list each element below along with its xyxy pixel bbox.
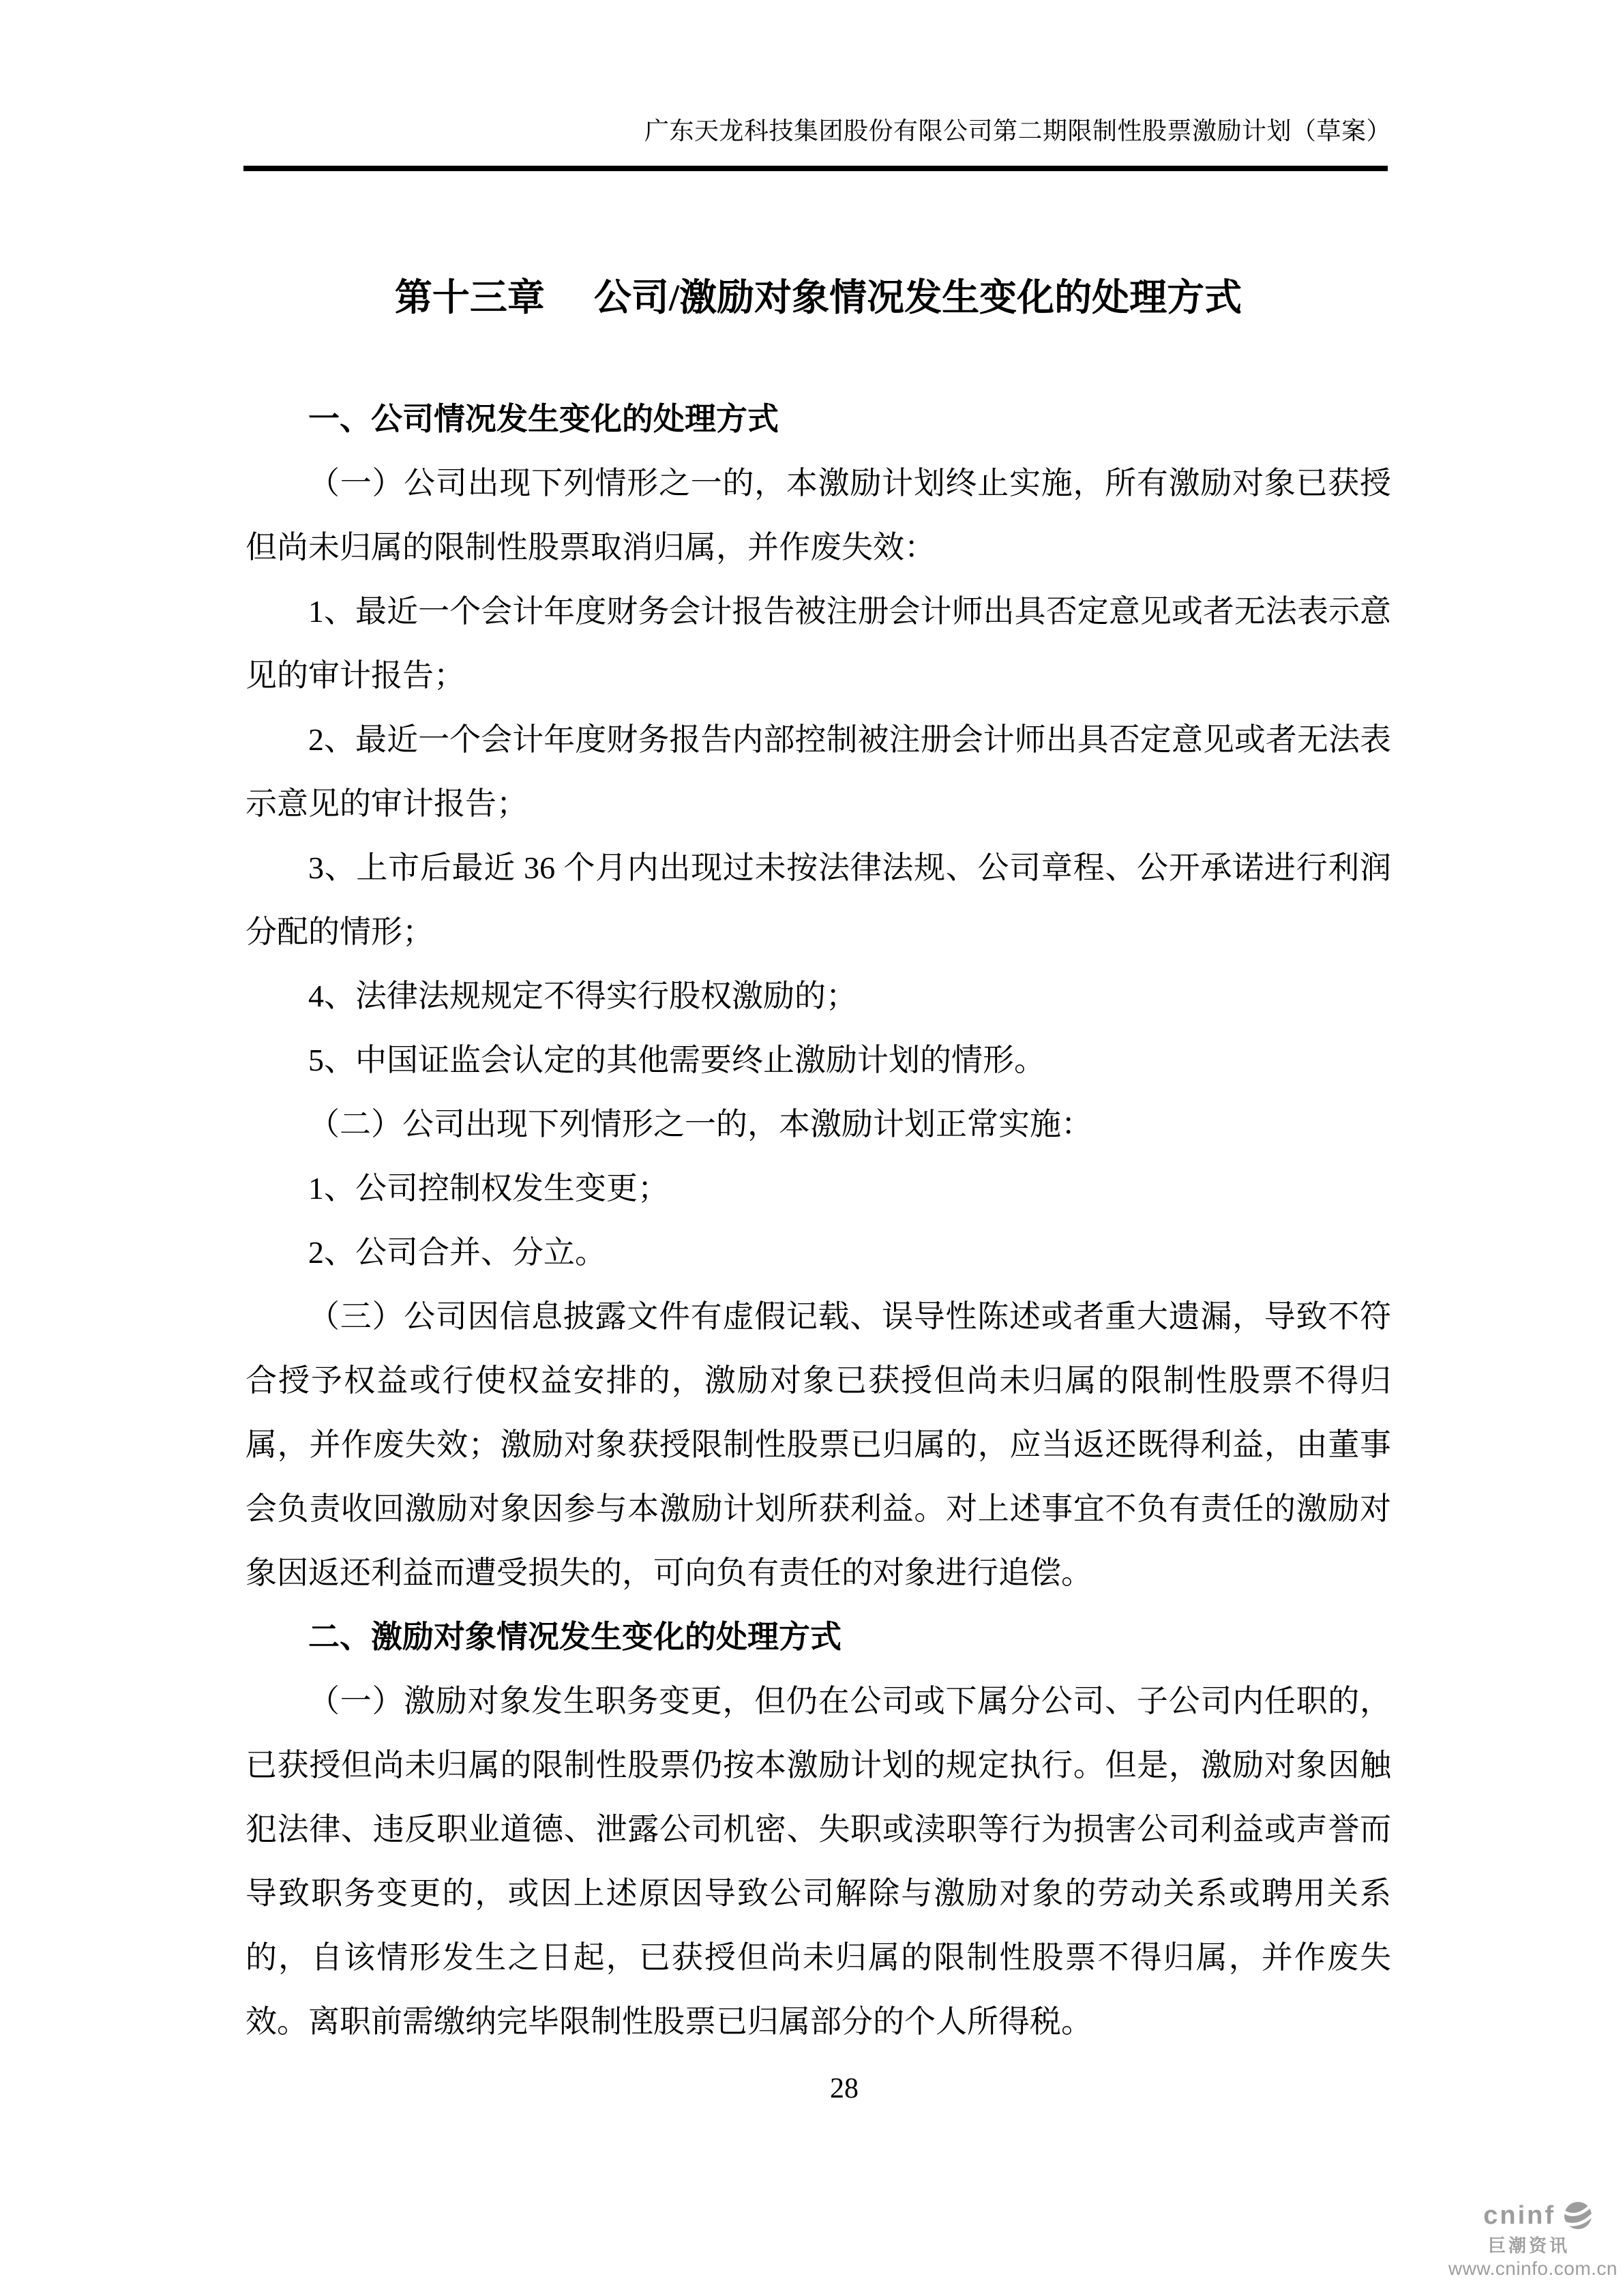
page-number: 28 (271, 2074, 1417, 2103)
cninfo-url: www.cninfo.com.cn (1448, 2259, 1618, 2278)
section-heading-1: 一、公司情况发生变化的处理方式 (245, 387, 1391, 451)
paragraph: 5、中国证监会认定的其他需要终止激励计划的情形。 (245, 1028, 1391, 1092)
paragraph: （三）公司因信息披露文件有虚假记载、误导性陈述或者重大遗漏，导致不符合授予权益或… (245, 1285, 1391, 1605)
cninfo-logo: cninf 巨潮资讯 www.cninfo.com.cn (1448, 2200, 1618, 2278)
paragraph: 3、上市后最近 36 个月内出现过未按法律法规、公司章程、公开承诺进行利润分配的… (245, 836, 1391, 964)
paragraph: （一）公司出现下列情形之一的，本激励计划终止实施，所有激励对象已获授但尚未归属的… (245, 451, 1391, 580)
document-body: 一、公司情况发生变化的处理方式 （一）公司出现下列情形之一的，本激励计划终止实施… (245, 387, 1391, 2054)
document-page: 广东天龙科技集团股份有限公司第二期限制性股票激励计划（草案） 第十三章公司/激励… (0, 0, 1623, 2296)
paragraph: 2、最近一个会计年度财务报告内部控制被注册会计师出具否定意见或者无法表示意见的审… (245, 708, 1391, 836)
running-header: 广东天龙科技集团股份有限公司第二期限制性股票激励计划（草案） (245, 117, 1391, 145)
paragraph: 2、公司合并、分立。 (245, 1221, 1391, 1285)
cninfo-brand-text: cninf (1483, 2203, 1555, 2228)
chapter-number: 第十三章 (395, 277, 545, 318)
cninfo-brand-cn: 巨潮资讯 (1488, 2237, 1570, 2254)
chapter-title: 第十三章公司/激励对象情况发生变化的处理方式 (245, 267, 1391, 321)
globe-icon (1564, 2200, 1592, 2231)
paragraph: 4、法律法规规定不得实行股权激励的； (245, 964, 1391, 1028)
paragraph: （二）公司出现下列情形之一的，本激励计划正常实施： (245, 1092, 1391, 1157)
paragraph: 1、公司控制权发生变更； (245, 1157, 1391, 1221)
paragraph: 1、最近一个会计年度财务会计报告被注册会计师出具否定意见或者无法表示意见的审计报… (245, 580, 1391, 708)
header-rule (243, 166, 1388, 171)
chapter-title-text: 公司/激励对象情况发生变化的处理方式 (594, 277, 1242, 318)
cninfo-brand-row: cninf (1483, 2200, 1592, 2231)
paragraph: （一）激励对象发生职务变更，但仍在公司或下属分公司、子公司内任职的，已获授但尚未… (245, 1669, 1391, 2054)
section-heading-2: 二、激励对象情况发生变化的处理方式 (245, 1605, 1391, 1669)
